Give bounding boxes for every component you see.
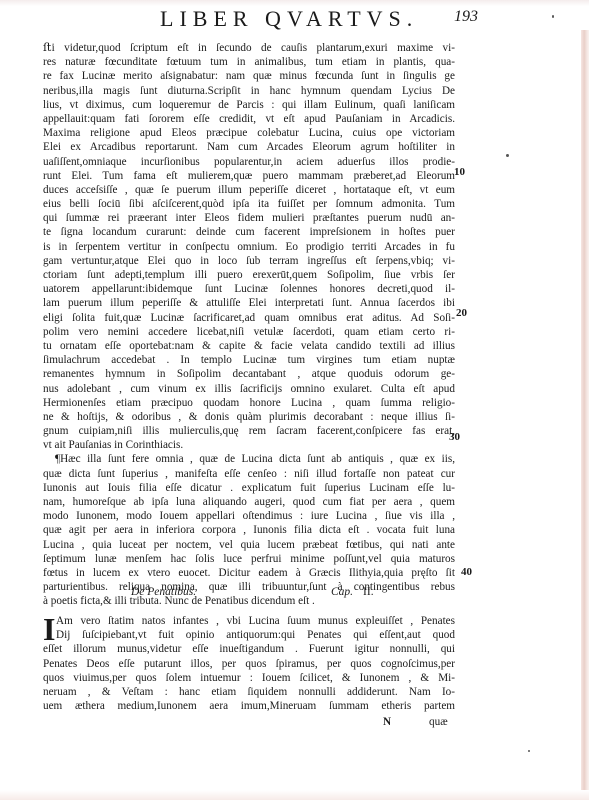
text-line: polim vero nemini accedere licebat,niſi … [43,325,455,339]
text-line: res naturæ fœcunditate fœtuum tum in ani… [43,55,455,69]
text-line: te ſigna locandum curarunt: deinde cum f… [43,225,455,239]
text-line: eius belli ſociū ſibi aſciſcerent,quòd i… [43,197,455,211]
chapter-title: De Penatibus. [131,586,196,598]
text-line: Dij ſuſcipiebant,vt fuit opinio antiquor… [43,628,455,642]
text-line: tu ornatam eſſe oportebat:nam & capite &… [43,339,455,353]
text-line: qui ſummæ rei præerant inter Eleos fidem… [43,211,455,225]
page-edge-bottom [0,790,589,800]
text-line: Penates Deos eſſe putarunt illos, per qu… [43,657,455,671]
margin-line-number: 10 [454,166,465,178]
margin-line-number: 30 [449,431,460,443]
text-line: uatorem appellarunt:ibidemque ſunt Lucin… [43,282,455,296]
text-line: uem æthera medium,Iunonem aera imum,Mine… [43,699,455,713]
text-line: uaſiſſent,omniaque incurſionibus popular… [43,155,455,169]
text-line: Am vero ſtatim natos infantes , vbi Luci… [43,614,455,628]
text-line: duces acceſsiſſe , quæ ſe puerum illum p… [43,183,455,197]
text-line: fœtus in lucem ex vtero euocet. Dicitur … [43,566,455,580]
chapter-number: Cap.II. [331,586,374,598]
chapter-heading: De Penatibus. Cap.II. [43,586,455,602]
text-line: lam puerum illum peperiſſe & attuliſſe E… [43,296,455,310]
ink-speck [552,15,554,18]
text-line: ſimulachrum accedebat . In templo Lucinæ… [43,353,455,367]
ink-speck [506,154,509,157]
ink-speck [528,750,530,752]
text-line: Lucina , quia luceat per noctem, vel qui… [43,538,455,552]
text-line: ¶Hæc illa ſunt fere omnia , quæ de Lucin… [43,452,455,466]
text-line: ne & hoſtijs, & odoribus , & donis quàm … [43,410,455,424]
text-line: quæ agit per aera in inferiora corpora ,… [43,523,455,537]
text-line: vt ait Pauſanias in Corinthiacis. [43,438,455,452]
signature-mark: N [383,716,391,728]
text-line: ſeptimum lunæ menſem hac ſolis luce perf… [43,552,455,566]
text-line: lius, vt diximus, cum loqueremur de Parc… [43,98,455,112]
text-line: ﬅi videtur,quod ſcriptum eſt in ſecundo … [43,41,455,55]
text-line: runt Elei. Tum fama eſt mulierem,quæ pue… [43,169,455,183]
text-line: gam vertuntur,atque Elei quo in loco ſub… [43,254,455,268]
text-line: neribus,illa magis ſunt diuturna.Scripſi… [43,84,455,98]
text-line: Hermionenſes etiam præcipuo quodam honor… [43,396,455,410]
page-footer: N quæ [43,716,455,732]
text-line: quos viuimus,per quos ſolem intuemur : I… [43,671,455,685]
page-edge-right [581,30,589,790]
text-line: appellauit:quam fati ſororem eſſe credid… [43,112,455,126]
text-line: Iunonis aut Iouis filia eſſe dicatur . e… [43,481,455,495]
text-line: eſſet illorum munus,videtur eſſe inueſti… [43,642,455,656]
chapter-label: Cap. [331,586,353,598]
text-line: re fax Lucinæ merito aſsignabatur: nam q… [43,69,455,83]
text-line: modo Iunonem, modo Iouem appellari oſten… [43,509,455,523]
text-line: ctoriam ſunt adepti,templum illi puero e… [43,268,455,282]
running-title: LIBER QVARTVS. [160,6,418,32]
main-text-block: ﬅi videtur,quod ſcriptum eſt in ſecundo … [43,41,455,609]
margin-line-number: 40 [461,566,472,578]
text-line: remanentes hymnum in Soſipolim decantaba… [43,367,455,381]
page-number: 193 [454,8,478,26]
catchword: quæ [429,716,448,728]
text-line: nus adolebant , cum vinum ex illis ſacri… [43,382,455,396]
chapter-numeral: II. [363,586,374,598]
chapter-text-block: Am vero ſtatim natos infantes , vbi Luci… [43,614,455,713]
text-line: Maxima religione apud Eleos præcipue col… [43,126,455,140]
text-line: nam, humoreſque ab ipſa luna aliquando a… [43,495,455,509]
text-line: gnum cuipiam,niſi illis mulierculis,quę … [43,424,455,438]
text-line: quæ dicta ſunt ſuperius , manifeſta eſſe… [43,467,455,481]
text-line: is in ſerpentem vertitur in conſpectu om… [43,240,455,254]
margin-line-number: 20 [456,307,467,319]
text-line: Elei ex Arcadibus reportarunt. Nam cum A… [43,140,455,154]
text-line: eligi ſolita fuit,quæ Lucinæ ſacrificare… [43,311,455,325]
text-line: neruam , & Veſtam : hanc etiam ſiquidem … [43,685,455,699]
